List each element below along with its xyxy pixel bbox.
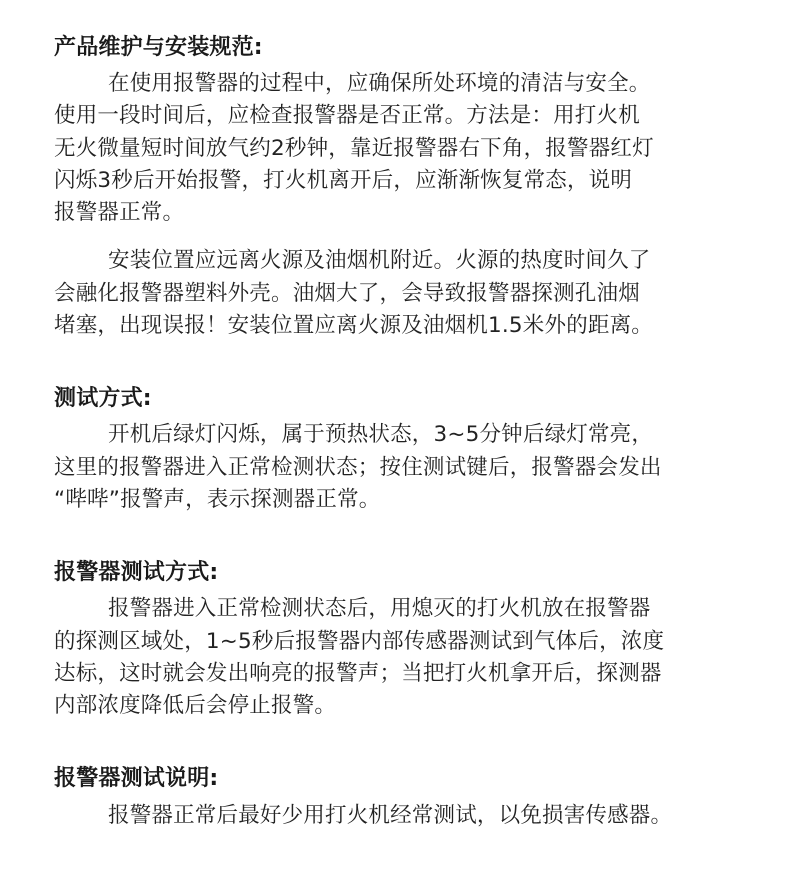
paragraph-line: 的探测区域处，1~5秒后报警器内部传感器测试到气体后，浓度 [54, 627, 664, 657]
paragraph-line: 这里的报警器进入正常检测状态；按住测试键后，报警器会发出 [54, 453, 662, 483]
paragraph-line: 堵塞，出现误报！安装位置应离火源及油烟机1.5米外的距离。 [54, 311, 653, 341]
paragraph-line: 内部浓度降低后会停止报警。 [54, 691, 336, 721]
section-heading-alarm-test-method: 报警器测试方式: [54, 558, 218, 588]
paragraph-line: 闪烁3秒后开始报警，打火机离开后，应渐渐恢复常态，说明 [54, 166, 632, 196]
paragraph-line: “哔哔”报警声，表示探测器正常。 [54, 485, 380, 515]
paragraph-line: 报警器正常。 [54, 198, 184, 228]
paragraph-line: 开机后绿灯闪烁，属于预热状态，3~5分钟后绿灯常亮， [108, 420, 653, 450]
paragraph-line: 报警器进入正常检测状态后，用熄灭的打火机放在报警器 [108, 594, 651, 624]
paragraph-line: 达标，这时就会发出响亮的报警声；当把打火机拿开后，探测器 [54, 659, 662, 689]
paragraph-line: 会融化报警器塑料外壳。油烟大了，会导致报警器探测孔油烟 [54, 279, 640, 309]
paragraph-line: 无火微量短时间放气约2秒钟，靠近报警器右下角，报警器红灯 [54, 134, 654, 164]
paragraph-line: 使用一段时间后，应检查报警器是否正常。方法是：用打火机 [54, 101, 640, 131]
section-heading-maintenance: 产品维护与安装规范: [54, 33, 263, 63]
paragraph-line: 在使用报警器的过程中，应确保所处环境的清洁与安全。 [108, 69, 651, 99]
paragraph-line: 报警器正常后最好少用打火机经常测试，以免损害传感器。 [108, 801, 672, 831]
paragraph-line: 安装位置应远离火源及油烟机附近。火源的热度时间久了 [108, 246, 651, 276]
section-heading-test-method: 测试方式: [54, 384, 152, 414]
section-heading-alarm-test-notes: 报警器测试说明: [54, 764, 218, 794]
